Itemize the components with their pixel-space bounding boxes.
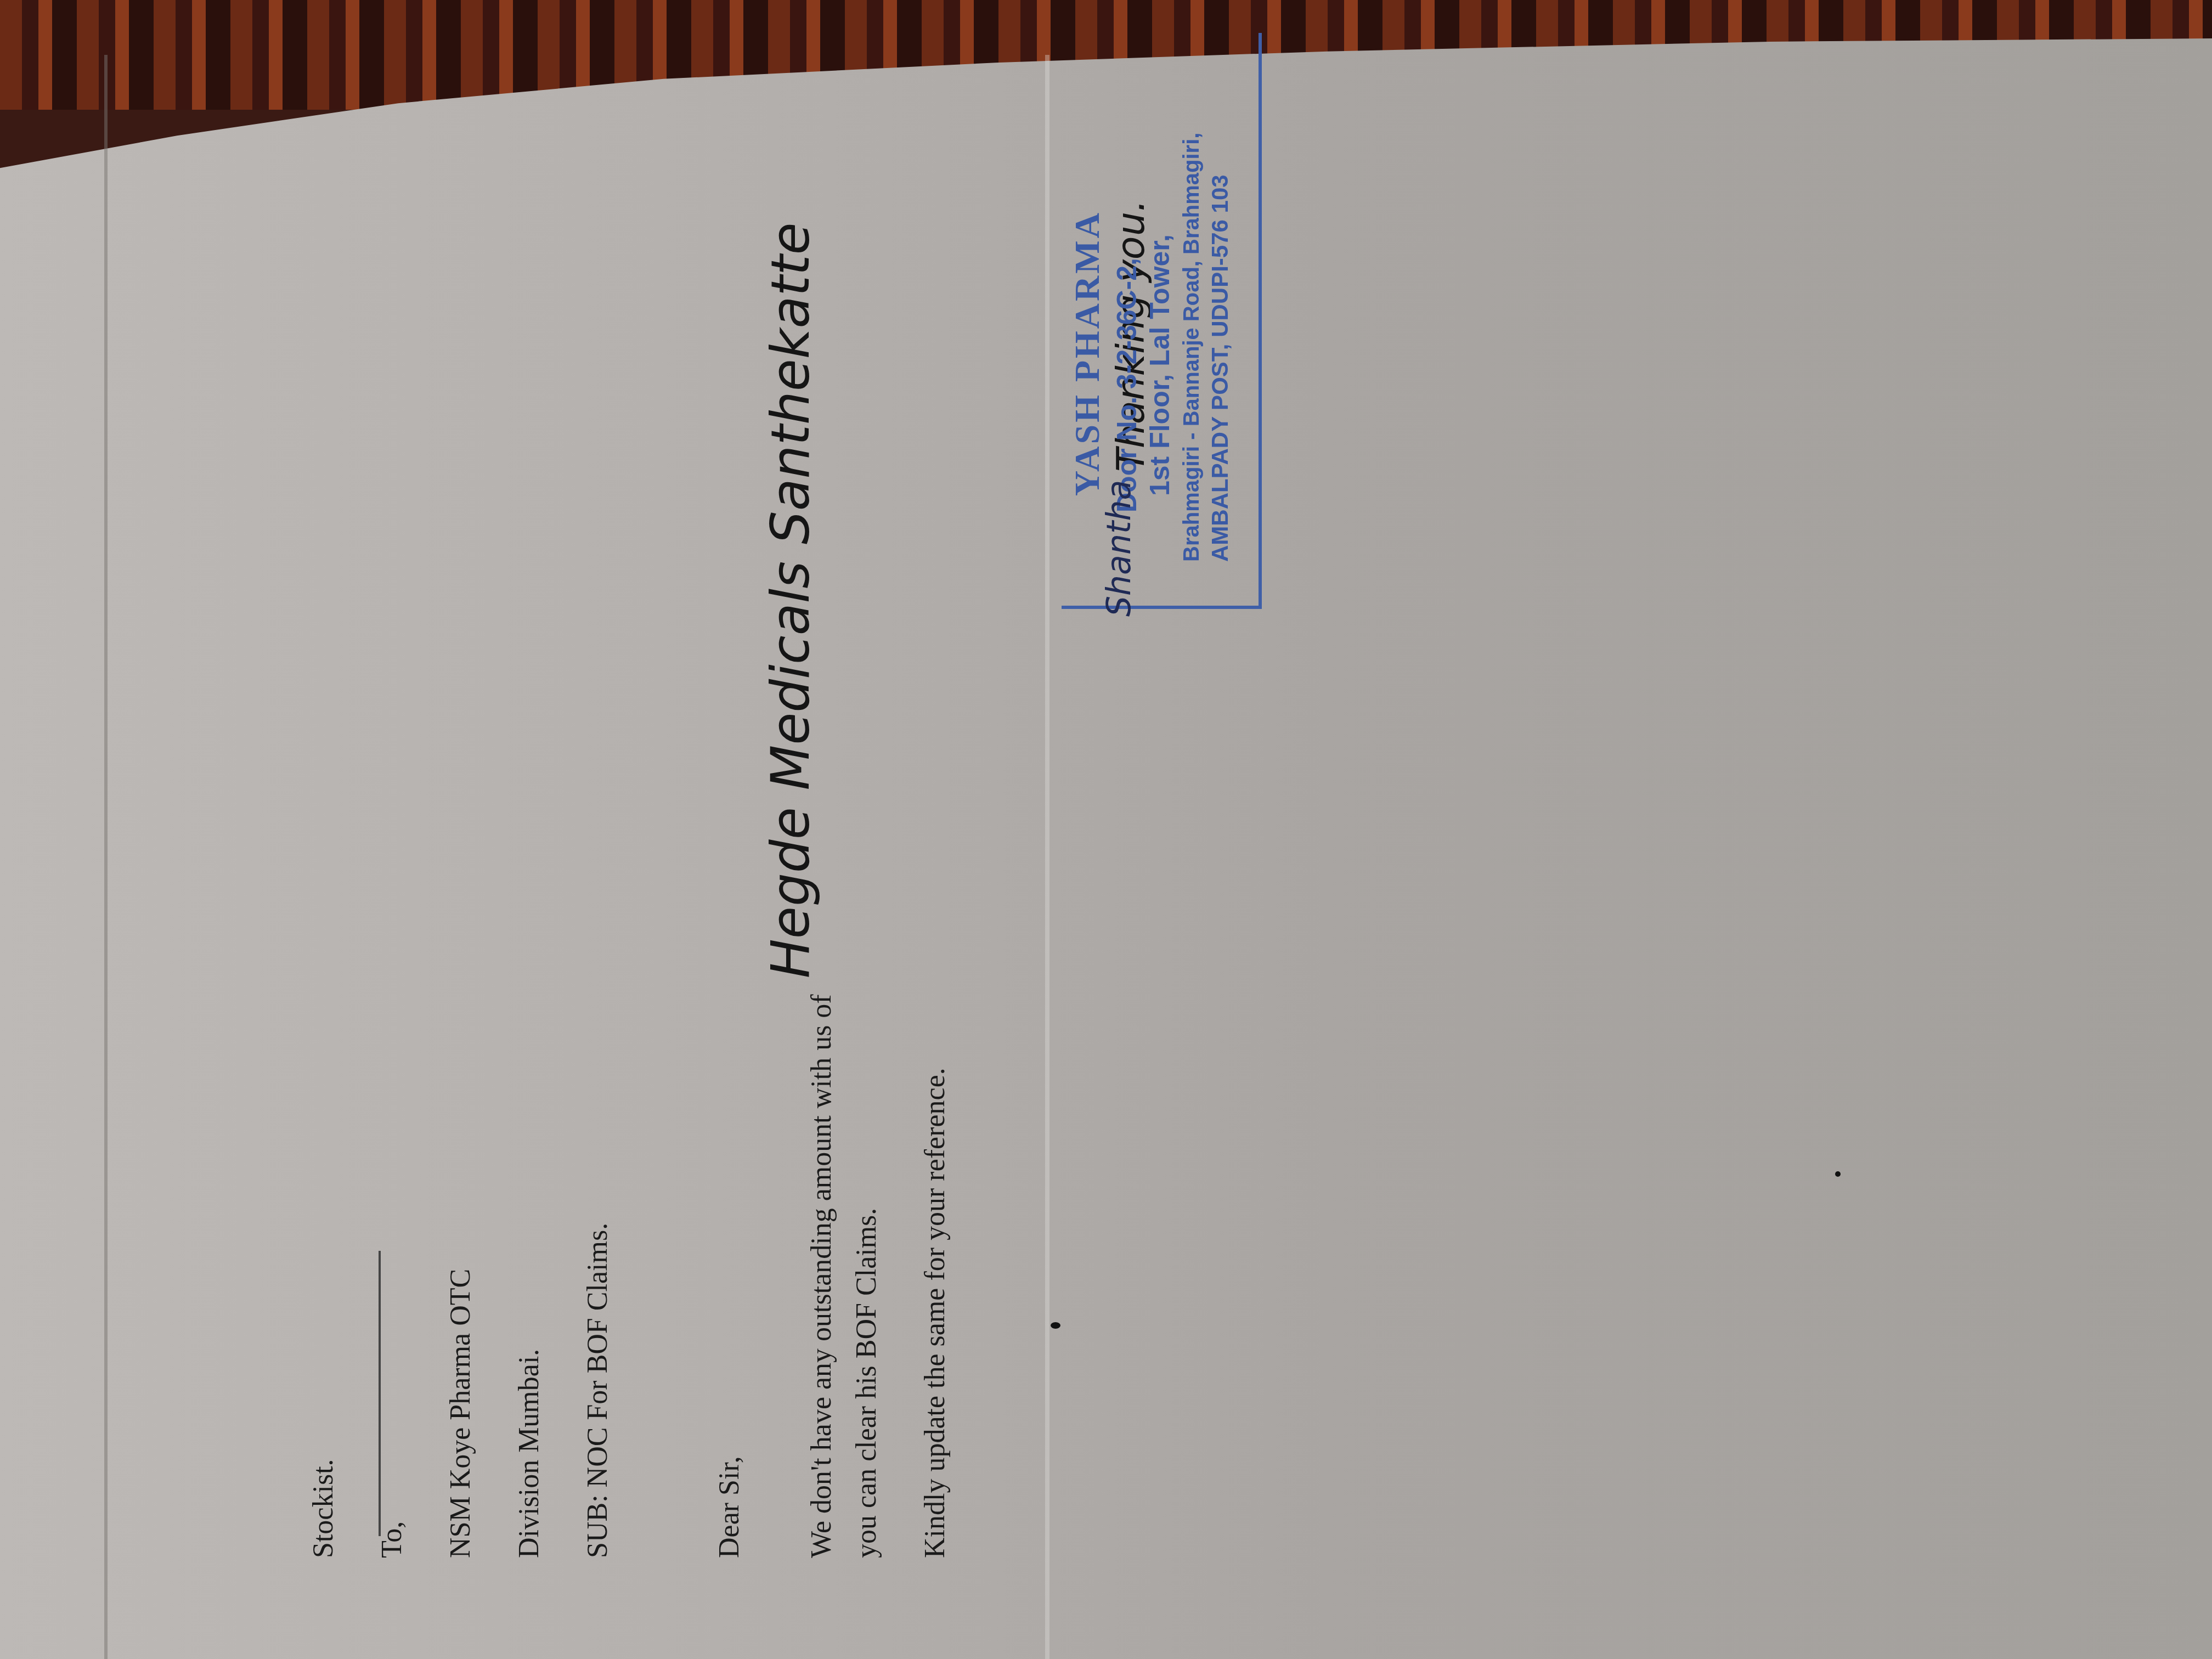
salutation: Dear Sir, xyxy=(713,1456,746,1558)
stamp-address-line-3: Brahmagiri - Bannanje Road, Brahmagiri, xyxy=(1180,133,1204,562)
recipient-line-1: NSM Koye Pharma OTC xyxy=(444,1269,477,1558)
stamp-address-line-2: 1st Floor, Lal Tower, xyxy=(1144,234,1176,496)
stamp-company-name: YASH PHARMA xyxy=(1067,211,1108,496)
stamp-signature: Shantha xyxy=(1100,480,1138,617)
paper-crease xyxy=(1045,55,1049,1659)
subject-line: SUB: NOC For BOF Claims. xyxy=(582,1223,614,1558)
body-line-3: Kindly update the same for your referenc… xyxy=(919,1068,951,1558)
ink-dot xyxy=(1835,1171,1841,1177)
ink-dot xyxy=(1051,1322,1060,1329)
stamp-address-line-4: AMBALPADY POST, UDUPI-576 103 xyxy=(1207,174,1233,562)
to-label: To, xyxy=(376,1521,408,1558)
margin-mark xyxy=(379,1251,381,1536)
recipient-line-2: Division Mumbai. xyxy=(513,1349,545,1558)
company-stamp: YASH PHARMA Door No. 3-2-36C-2, 1st Floo… xyxy=(1062,33,1262,609)
body-line-1: We don't have any outstanding amount wit… xyxy=(782,222,843,1558)
paper-edge-fold xyxy=(104,55,108,1659)
body-line-1-printed: We don't have any outstanding amount wit… xyxy=(806,994,837,1558)
handwritten-customer-name: Hegde Medicals Santhekatte xyxy=(760,222,821,978)
body-line-2: you can clear his BOF Claims. xyxy=(850,1208,883,1558)
stamp-address-line-1: Door No. 3-2-36C-2, xyxy=(1111,258,1143,512)
letter-header: Stockist. xyxy=(307,1459,340,1558)
